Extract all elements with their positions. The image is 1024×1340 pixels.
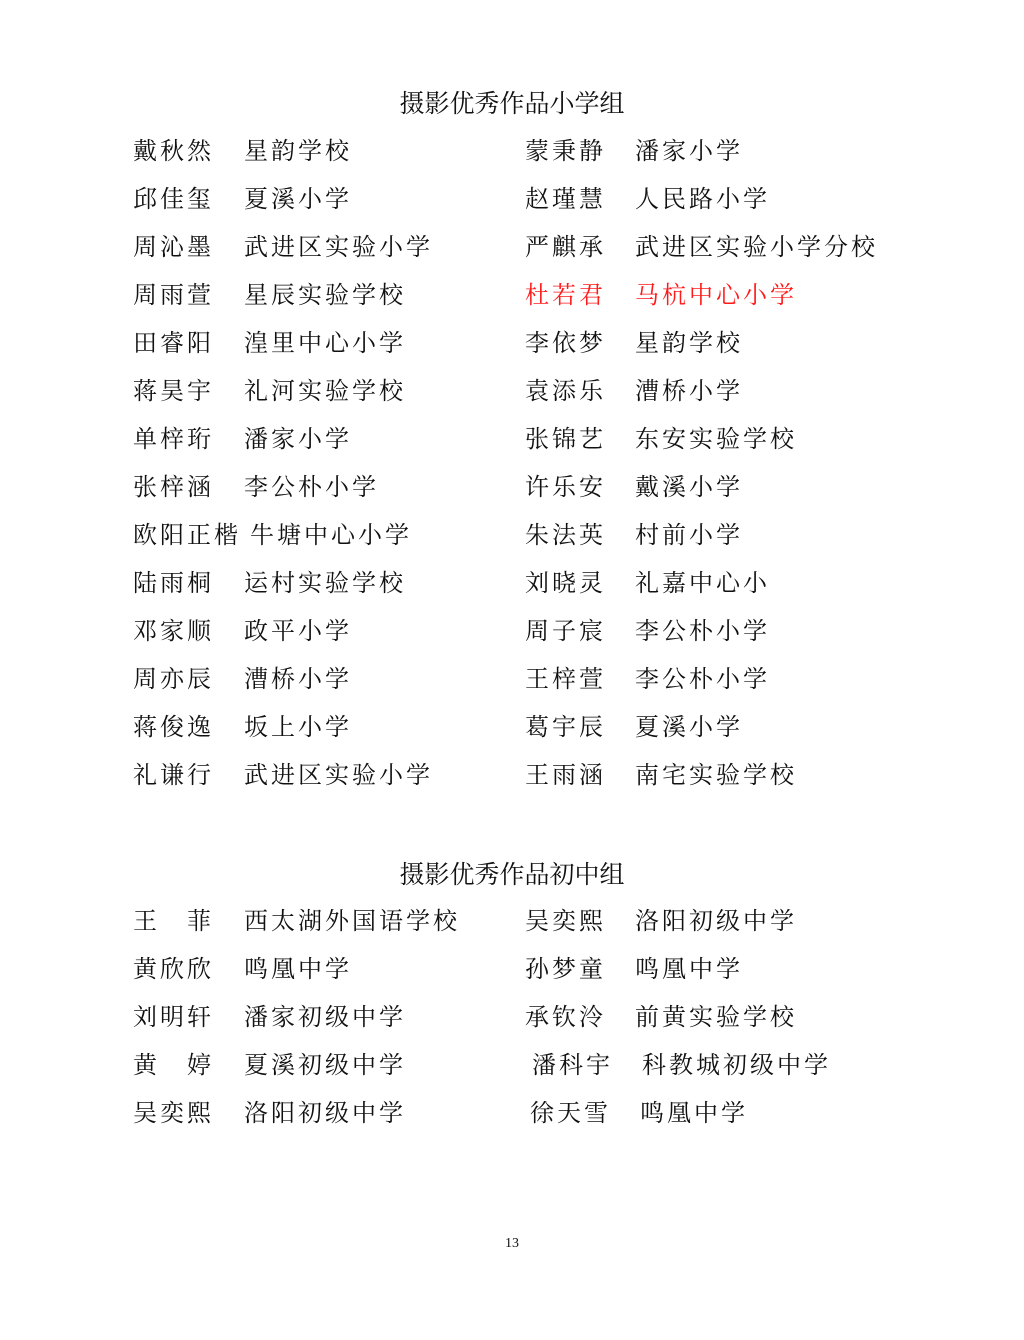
school-name: 漕桥小学	[635, 374, 743, 408]
school-name: 星辰实验学校	[244, 278, 406, 312]
student-name: 王 菲	[133, 904, 214, 938]
school-name: 洛阳初级中学	[635, 904, 797, 938]
school-name: 鸣凰中学	[635, 952, 743, 986]
student-name: 陆雨桐	[133, 566, 214, 600]
student-name: 朱法英	[525, 518, 606, 552]
student-name: 周沁墨	[133, 230, 214, 264]
student-name: 杜若君	[525, 278, 606, 312]
student-name: 刘晓灵	[525, 566, 606, 600]
student-name: 蒙秉静	[525, 134, 606, 168]
student-name: 李依梦	[525, 326, 606, 360]
section-title-junior-high: 摄影优秀作品初中组	[0, 855, 1024, 891]
school-name: 李公朴小学	[635, 662, 770, 696]
school-name: 戴溪小学	[635, 470, 743, 504]
student-name: 刘明轩	[133, 1000, 214, 1034]
school-name: 潘家初级中学	[244, 1000, 406, 1034]
student-name: 周雨萱	[133, 278, 214, 312]
school-name: 东安实验学校	[635, 422, 797, 456]
school-name: 马杭中心小学	[635, 278, 797, 312]
student-name: 潘科宇	[532, 1048, 613, 1082]
school-name: 星韵学校	[635, 326, 743, 360]
school-name: 政平小学	[244, 614, 352, 648]
school-name: 洛阳初级中学	[244, 1096, 406, 1130]
school-name: 夏溪小学	[635, 710, 743, 744]
school-name: 夏溪小学	[244, 182, 352, 216]
student-name: 王梓萱	[525, 662, 606, 696]
school-name: 礼嘉中心小	[635, 566, 770, 600]
school-name: 潘家小学	[635, 134, 743, 168]
school-name: 李公朴小学	[244, 470, 379, 504]
student-name: 赵瑾慧	[525, 182, 606, 216]
student-name: 袁添乐	[525, 374, 606, 408]
student-name: 孙梦童	[525, 952, 606, 986]
student-name: 吴奕熙	[525, 904, 606, 938]
student-name: 欧阳正楷	[133, 518, 241, 552]
school-name: 潘家小学	[244, 422, 352, 456]
school-name: 人民路小学	[635, 182, 770, 216]
student-name: 礼谦行	[133, 758, 214, 792]
school-name: 武进区实验小学	[244, 230, 433, 264]
student-name: 吴奕熙	[133, 1096, 214, 1130]
school-name: 村前小学	[635, 518, 743, 552]
student-name: 徐天雪	[530, 1096, 611, 1130]
school-name: 科教城初级中学	[642, 1048, 831, 1082]
student-name: 蒋昊宇	[133, 374, 214, 408]
student-name: 田睿阳	[133, 326, 214, 360]
student-name: 蒋俊逸	[133, 710, 214, 744]
school-name: 鸣凰中学	[244, 952, 352, 986]
school-name: 武进区实验小学分校	[635, 230, 878, 264]
student-name: 周子宸	[525, 614, 606, 648]
document-page: 摄影优秀作品小学组 戴秋然星韵学校 邱佳玺夏溪小学 周沁墨武进区实验小学 周雨萱…	[0, 0, 1024, 1340]
school-name: 夏溪初级中学	[244, 1048, 406, 1082]
page-number: 13	[0, 1236, 1024, 1252]
school-name: 湟里中心小学	[244, 326, 406, 360]
student-name: 张梓涵	[133, 470, 214, 504]
school-name: 礼河实验学校	[244, 374, 406, 408]
school-name: 牛塘中心小学	[250, 518, 412, 552]
school-name: 武进区实验小学	[244, 758, 433, 792]
school-name: 坂上小学	[244, 710, 352, 744]
student-name: 张锦艺	[525, 422, 606, 456]
school-name: 漕桥小学	[244, 662, 352, 696]
school-name: 鸣凰中学	[640, 1096, 748, 1130]
student-name: 邱佳玺	[133, 182, 214, 216]
section-title-primary: 摄影优秀作品小学组	[0, 84, 1024, 120]
student-name: 邓家顺	[133, 614, 214, 648]
school-name: 李公朴小学	[635, 614, 770, 648]
school-name: 南宅实验学校	[635, 758, 797, 792]
student-name: 葛宇辰	[525, 710, 606, 744]
school-name: 星韵学校	[244, 134, 352, 168]
student-name: 承钦泠	[525, 1000, 606, 1034]
student-name: 单梓珩	[133, 422, 214, 456]
student-name: 周亦辰	[133, 662, 214, 696]
school-name: 前黄实验学校	[635, 1000, 797, 1034]
student-name: 戴秋然	[133, 134, 214, 168]
student-name: 王雨涵	[525, 758, 606, 792]
student-name: 许乐安	[525, 470, 606, 504]
student-name: 严麒承	[525, 230, 606, 264]
school-name: 西太湖外国语学校	[244, 904, 460, 938]
student-name: 黄 婷	[133, 1048, 214, 1082]
school-name: 运村实验学校	[244, 566, 406, 600]
student-name: 黄欣欣	[133, 952, 214, 986]
